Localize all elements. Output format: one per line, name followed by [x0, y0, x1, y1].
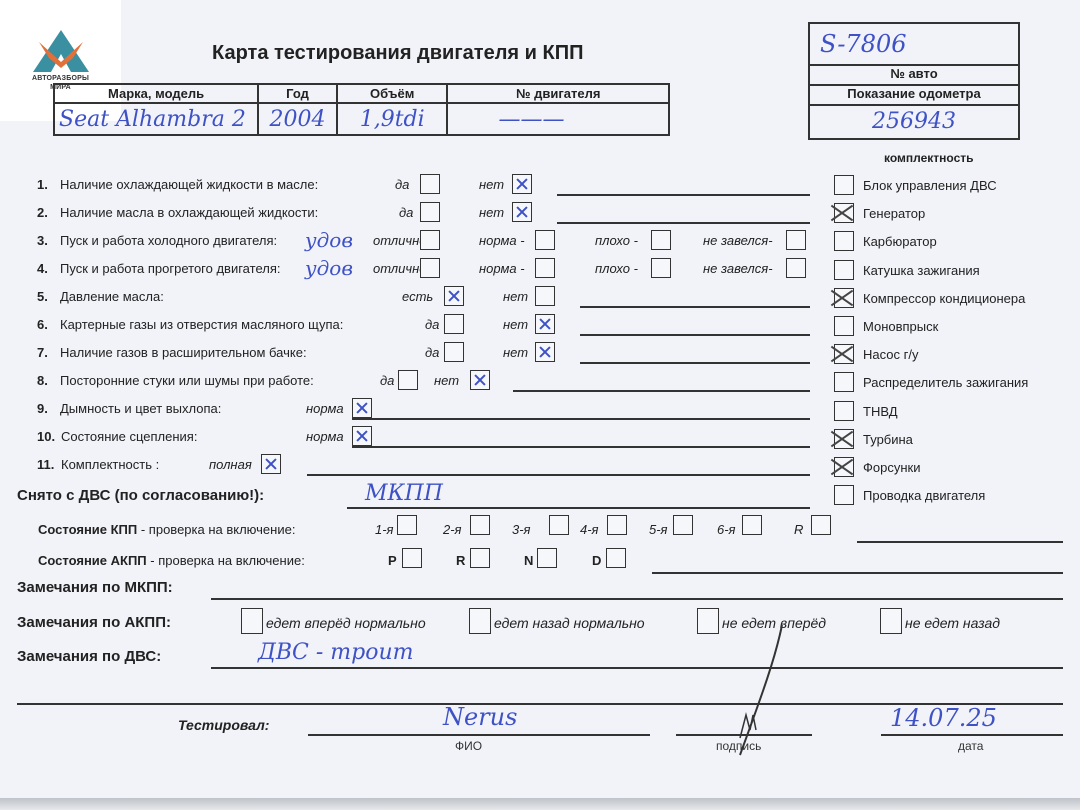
year-value[interactable]: 2004 [258, 103, 337, 135]
option-checkbox[interactable] [420, 258, 440, 278]
akpp-gear-checkbox[interactable] [470, 548, 490, 568]
tester-label: Тестировал: [178, 717, 269, 733]
completeness-checkbox[interactable] [834, 401, 854, 421]
check-notes-line[interactable] [352, 418, 810, 420]
warm-start-note[interactable]: удов [305, 256, 353, 280]
option-label: нет [503, 317, 528, 332]
option-checkbox[interactable] [398, 370, 418, 390]
option-checkbox[interactable] [420, 230, 440, 250]
date-caption: дата [958, 739, 983, 753]
option-label: да [399, 205, 413, 220]
check-label: Картерные газы из отверстия масляного щу… [60, 317, 343, 332]
completeness-checkbox[interactable] [834, 316, 854, 336]
dvs-remarks-value[interactable]: ДВС - троит [258, 640, 414, 665]
akpp-line [652, 572, 1063, 574]
check-label: Наличие масла в охлаждающей жидкости: [60, 205, 318, 220]
signature-line [676, 734, 812, 736]
completeness-checkbox[interactable] [834, 288, 854, 308]
completeness-checkbox[interactable] [834, 429, 854, 449]
completeness-checkbox[interactable] [834, 203, 854, 223]
option-label: норма - [479, 233, 525, 248]
gear-checkbox[interactable] [549, 515, 569, 535]
option-label: норма [306, 429, 344, 444]
date-line [881, 734, 1063, 736]
option-checkbox[interactable] [444, 314, 464, 334]
option-label: есть [402, 289, 433, 304]
option-checkbox[interactable] [444, 286, 464, 306]
col-header-engine-number: № двигателя [447, 84, 669, 103]
check-number: 2. [37, 205, 48, 220]
removed-line [347, 507, 810, 509]
option-checkbox[interactable] [420, 174, 440, 194]
gear-label: 5-я [649, 522, 668, 537]
mkpp-remarks-line[interactable] [211, 598, 1063, 600]
test-date[interactable]: 14.07.25 [890, 704, 997, 732]
check-number: 7. [37, 345, 48, 360]
signature-caption: подпись [716, 739, 761, 753]
completeness-item-label: ТНВД [863, 404, 898, 419]
completeness-item-label: Проводка двигателя [863, 488, 985, 503]
option-label: да [395, 177, 409, 192]
completeness-checkbox[interactable] [834, 372, 854, 392]
tester-name[interactable]: Nerus [443, 703, 517, 731]
check-notes-line[interactable] [557, 222, 810, 224]
vehicle-info-table: Марка, модель Год Объём № двигателя Seat… [53, 83, 670, 136]
completeness-item-label: Карбюратор [863, 234, 937, 249]
option-label: нет [503, 289, 528, 304]
akpp-remark-checkbox[interactable] [469, 608, 491, 634]
option-checkbox[interactable] [535, 230, 555, 250]
check-notes-line[interactable] [307, 474, 810, 476]
check-label: Посторонние стуки или шумы при работе: [60, 373, 314, 388]
logo-text-line1: АВТОРАЗБОРЫ [0, 75, 121, 82]
col-header-model: Марка, модель [54, 84, 258, 103]
completeness-checkbox[interactable] [834, 344, 854, 364]
option-checkbox[interactable] [535, 314, 555, 334]
completeness-item-label: Форсунки [863, 460, 920, 475]
check-label: Дымность и цвет выхлопа: [60, 401, 221, 416]
completeness-checkbox[interactable] [834, 260, 854, 280]
gear-label: 3-я [512, 522, 531, 537]
option-checkbox[interactable] [786, 230, 806, 250]
name-line [308, 734, 650, 736]
odometer-value[interactable]: 256943 [810, 106, 1018, 138]
completeness-checkbox[interactable] [834, 231, 854, 251]
check-number: 4. [37, 261, 48, 276]
check-number: 8. [37, 373, 48, 388]
gear-label: R [794, 522, 803, 537]
name-caption: ФИО [455, 739, 482, 753]
completeness-item-label: Моновпрыск [863, 319, 938, 334]
option-checkbox[interactable] [352, 398, 372, 418]
car-info-box: S-7806 № авто Показание одометра 256943 [808, 22, 1020, 140]
volume-value[interactable]: 1,9tdi [337, 103, 448, 135]
option-label: да [425, 345, 439, 360]
check-label: Комплектность : [61, 457, 159, 472]
option-label: да [380, 373, 394, 388]
check-number: 5. [37, 289, 48, 304]
option-checkbox[interactable] [470, 370, 490, 390]
option-label: нет [503, 345, 528, 360]
option-label: нет [479, 205, 504, 220]
completeness-item-label: Турбина [863, 432, 913, 447]
option-label: не завелся- [703, 261, 773, 276]
completeness-item-label: Распределитель зажигания [863, 375, 1028, 390]
akpp-remark-option-label: не едет назад [905, 615, 1000, 631]
dvs-remarks-line [211, 667, 1063, 669]
mkpp-remarks-label: Замечания по МКПП: [17, 579, 173, 596]
kpp-label: Состояние КПП - проверка на включение: [38, 522, 295, 537]
check-notes-line[interactable] [352, 446, 810, 448]
completeness-checkbox[interactable] [834, 175, 854, 195]
akpp-remark-checkbox[interactable] [880, 608, 902, 634]
completeness-item-label: Блок управления ДВС [863, 178, 997, 193]
completeness-checkbox[interactable] [834, 485, 854, 505]
check-notes-line[interactable] [580, 334, 810, 336]
option-label: нет [479, 177, 504, 192]
check-notes-line[interactable] [580, 306, 810, 308]
option-checkbox[interactable] [651, 258, 671, 278]
kpp-line [857, 541, 1063, 543]
check-number: 9. [37, 401, 48, 416]
check-label: Давление масла: [60, 289, 164, 304]
option-label: да [425, 317, 439, 332]
gear-label: 6-я [717, 522, 736, 537]
option-checkbox[interactable] [261, 454, 281, 474]
completeness-item-label: Насос г/у [863, 347, 918, 362]
gear-checkbox[interactable] [397, 515, 417, 535]
completeness-item-label: Компрессор кондиционера [863, 291, 1025, 306]
completeness-item-label: Генератор [863, 206, 925, 221]
model-value[interactable]: Seat Alhambra 2 [54, 103, 258, 135]
option-checkbox[interactable] [535, 286, 555, 306]
check-label: Наличие охлаждающей жидкости в масле: [60, 177, 318, 192]
akpp-gear-label: P [388, 553, 397, 568]
gear-checkbox[interactable] [811, 515, 831, 535]
akpp-remark-checkbox[interactable] [697, 608, 719, 634]
check-notes-line[interactable] [557, 194, 810, 196]
akpp-gear-label: N [524, 553, 533, 568]
odometer-label: Показание одометра [810, 86, 1018, 106]
engine-number-value[interactable]: ——— [447, 103, 669, 135]
akpp-gear-label: D [592, 553, 601, 568]
check-label: Пуск и работа холодного двигателя: [60, 233, 277, 248]
option-label: нет [434, 373, 459, 388]
gear-label: 2-я [443, 522, 462, 537]
option-label: норма - [479, 261, 525, 276]
akpp-remark-checkbox[interactable] [241, 608, 263, 634]
logo-icon [33, 28, 89, 72]
option-checkbox[interactable] [535, 342, 555, 362]
gear-label: 1-я [375, 522, 394, 537]
akpp-remark-option-label: едет вперёд нормально [266, 615, 426, 631]
col-header-year: Год [258, 84, 337, 103]
option-checkbox[interactable] [786, 258, 806, 278]
option-label: не завелся- [703, 233, 773, 248]
page-title: Карта тестирования двигателя и КПП [212, 42, 583, 65]
option-checkbox[interactable] [420, 202, 440, 222]
dvs-remarks-label: Замечания по ДВС: [17, 648, 161, 665]
completeness-checkbox[interactable] [834, 457, 854, 477]
option-checkbox[interactable] [444, 342, 464, 362]
option-label: плохо - [595, 233, 638, 248]
gear-checkbox[interactable] [673, 515, 693, 535]
gear-checkbox[interactable] [607, 515, 627, 535]
option-checkbox[interactable] [352, 426, 372, 446]
akpp-gear-checkbox[interactable] [402, 548, 422, 568]
removed-value[interactable]: МКПП [365, 481, 443, 506]
option-checkbox[interactable] [512, 174, 532, 194]
option-label: норма [306, 401, 344, 416]
check-number: 10. [37, 429, 55, 444]
check-notes-line[interactable] [513, 390, 810, 392]
check-notes-line[interactable] [580, 362, 810, 364]
akpp-gear-label: R [456, 553, 465, 568]
removed-label: Снято с ДВС (по согласованию!): [17, 487, 264, 504]
paper-edge [0, 798, 1080, 810]
gear-label: 4-я [580, 522, 599, 537]
akpp-label: Состояние АКПП - проверка на включение: [38, 553, 305, 568]
akpp-remark-option-label: едет назад нормально [494, 615, 645, 631]
gear-checkbox[interactable] [470, 515, 490, 535]
akpp-gear-checkbox[interactable] [606, 548, 626, 568]
car-number-label: № авто [810, 66, 1018, 86]
option-checkbox[interactable] [651, 230, 671, 250]
gear-checkbox[interactable] [742, 515, 762, 535]
check-label: Пуск и работа прогретого двигателя: [60, 261, 280, 276]
akpp-gear-checkbox[interactable] [537, 548, 557, 568]
cold-start-note[interactable]: удов [305, 228, 353, 252]
option-label: плохо - [595, 261, 638, 276]
option-checkbox[interactable] [512, 202, 532, 222]
check-label: Наличие газов в расширительном бачке: [60, 345, 307, 360]
option-checkbox[interactable] [535, 258, 555, 278]
check-number: 1. [37, 177, 48, 192]
check-number: 11. [37, 457, 54, 472]
check-number: 6. [37, 317, 48, 332]
completeness-item-label: Катушка зажигания [863, 263, 980, 278]
akpp-remarks-label: Замечания по АКПП: [17, 614, 171, 631]
col-header-volume: Объём [337, 84, 448, 103]
option-label: полная [209, 457, 252, 472]
check-label: Состояние сцепления: [61, 429, 197, 444]
check-number: 3. [37, 233, 48, 248]
car-number-value[interactable]: S-7806 [810, 24, 1018, 66]
completeness-title: комплектность [884, 151, 974, 165]
